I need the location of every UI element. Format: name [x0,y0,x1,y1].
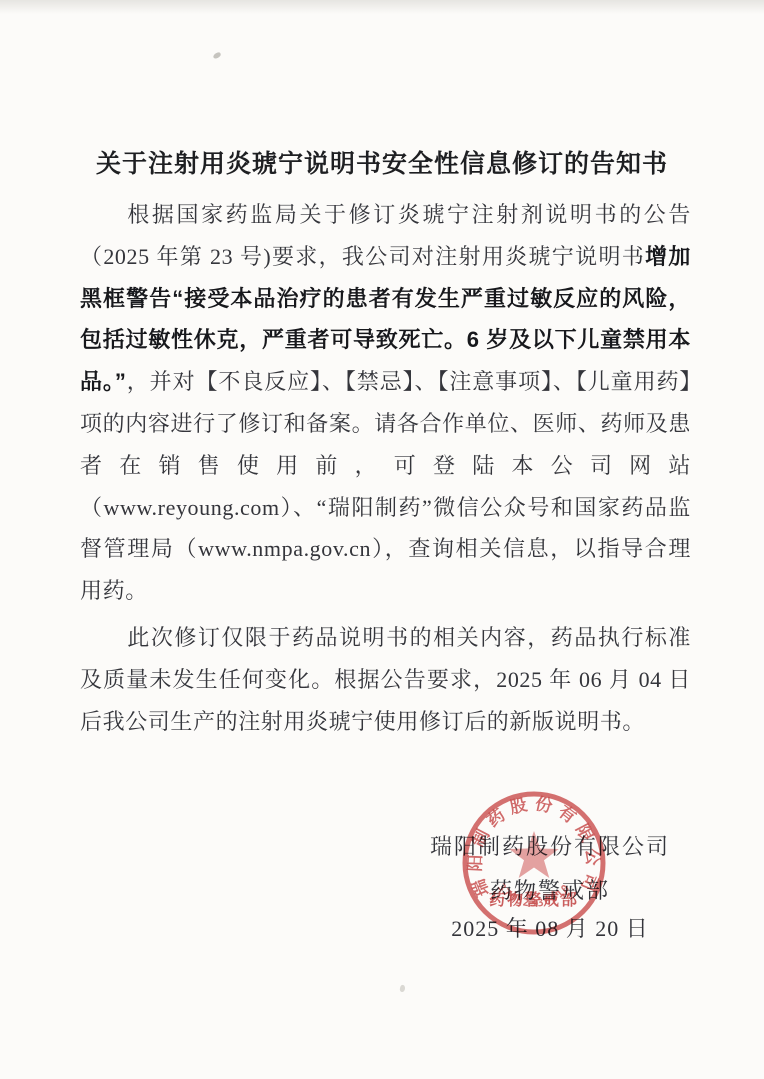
body-text-run: ，并对【不良反应】、【禁忌】、【注意事项】、【儿童用药】项的内容进行了修订和备案… [80,369,691,603]
paragraph: 根据国家药监局关于修订炎琥宁注射剂说明书的公告（2025 年第 23 号)要求，… [80,194,691,612]
scan-artifact [212,52,221,60]
document-page: 关于注射用炎琥宁说明书安全性信息修订的告知书 根据国家药监局关于修订炎琥宁注射剂… [0,0,764,1079]
seal-star-icon [509,831,558,878]
paragraph: 此次修订仅限于药品说明书的相关内容，药品执行标准及质量未发生任何变化。根据公告要… [80,617,691,742]
document-body: 根据国家药监局关于修订炎琥宁注射剂说明书的公告（2025 年第 23 号)要求，… [80,194,691,742]
body-text-run: 此次修订仅限于药品说明书的相关内容，药品执行标准及质量未发生任何变化。根据公告要… [80,625,691,734]
page-title: 关于注射用炎琥宁说明书安全性信息修订的告知书 [0,144,764,180]
company-seal-stamp: 瑞阳制药股份有限公司 药物警戒部 37032330010 [459,788,609,938]
scan-artifact [399,984,406,992]
body-text-run: 根据国家药监局关于修订炎琥宁注射剂说明书的公告（2025 年第 23 号)要求，… [80,202,691,269]
